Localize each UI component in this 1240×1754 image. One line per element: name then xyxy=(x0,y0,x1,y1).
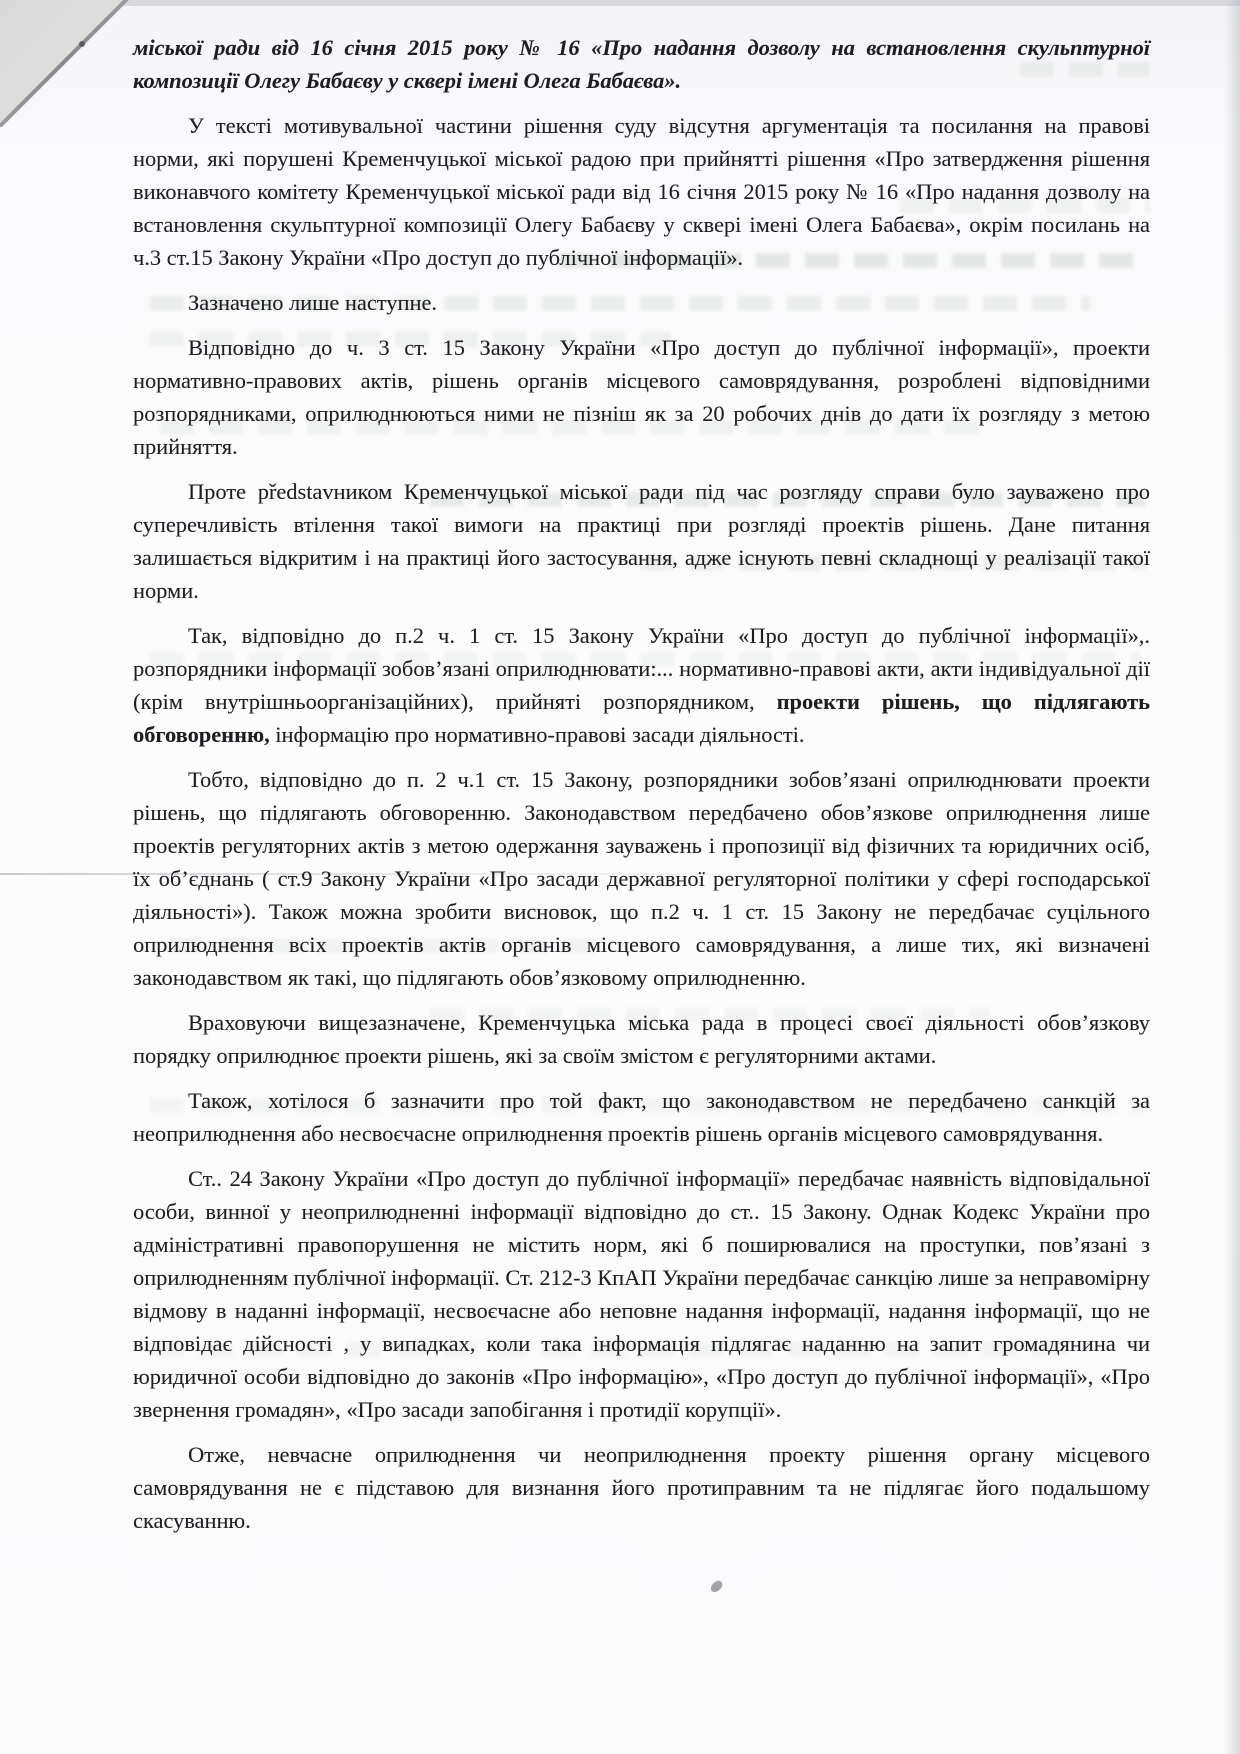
text-run: інформацію про нормативно-правові засади… xyxy=(270,722,805,747)
text-run: Отже, невчасне оприлюднення чи неоприлюд… xyxy=(133,1442,1150,1533)
paragraph: Проте představником Кременчуцької місько… xyxy=(133,475,1150,607)
paragraph: Зазначено лише наступне. xyxy=(133,286,1150,319)
page-edge-shadow xyxy=(1224,0,1240,1754)
document-body: міської ради від 16 січня 2015 року № 16… xyxy=(133,31,1150,1549)
text-run: Тобто, відповідно до п. 2 ч.1 ст. 15 Зак… xyxy=(133,767,1150,990)
paragraph: Отже, невчасне оприлюднення чи неоприлюд… xyxy=(133,1438,1150,1537)
scanned-document-page: міської ради від 16 січня 2015 року № 16… xyxy=(0,0,1240,1754)
paragraph: Відповідно до ч. 3 ст. 15 Закону України… xyxy=(133,331,1150,463)
text-run: Проте představником Кременчуцької місько… xyxy=(133,479,1150,603)
text-run: Ст.. 24 Закону України «Про доступ до пу… xyxy=(133,1166,1150,1422)
paragraph: Ст.. 24 Закону України «Про доступ до пу… xyxy=(133,1162,1150,1426)
text-run: Також, хотілося б зазначити про той факт… xyxy=(133,1088,1150,1146)
paragraph: Тобто, відповідно до п. 2 ч.1 ст. 15 Зак… xyxy=(133,763,1150,994)
paragraph: Також, хотілося б зазначити про той факт… xyxy=(133,1084,1150,1150)
paragraph: Враховуючи вищезазначене, Кременчуцька м… xyxy=(133,1006,1150,1072)
scan-top-edge-artifact xyxy=(0,0,1240,6)
paragraph: У тексті мотивувальної частини рішення с… xyxy=(133,109,1150,274)
paragraph: Так, відповідно до п.2 ч. 1 ст. 15 Закон… xyxy=(133,619,1150,751)
text-run: Відповідно до ч. 3 ст. 15 Закону України… xyxy=(133,335,1150,459)
text-run: міської ради від 16 січня 2015 року № 16… xyxy=(133,35,1150,93)
text-run: Враховуючи вищезазначене, Кременчуцька м… xyxy=(133,1010,1150,1068)
ink-smudge-artifact xyxy=(709,1579,725,1594)
scan-speck-artifact xyxy=(79,41,85,47)
text-run: Зазначено лише наступне. xyxy=(188,290,437,315)
paragraph: міської ради від 16 січня 2015 року № 16… xyxy=(133,31,1150,97)
text-run: У тексті мотивувальної частини рішення с… xyxy=(133,113,1150,270)
